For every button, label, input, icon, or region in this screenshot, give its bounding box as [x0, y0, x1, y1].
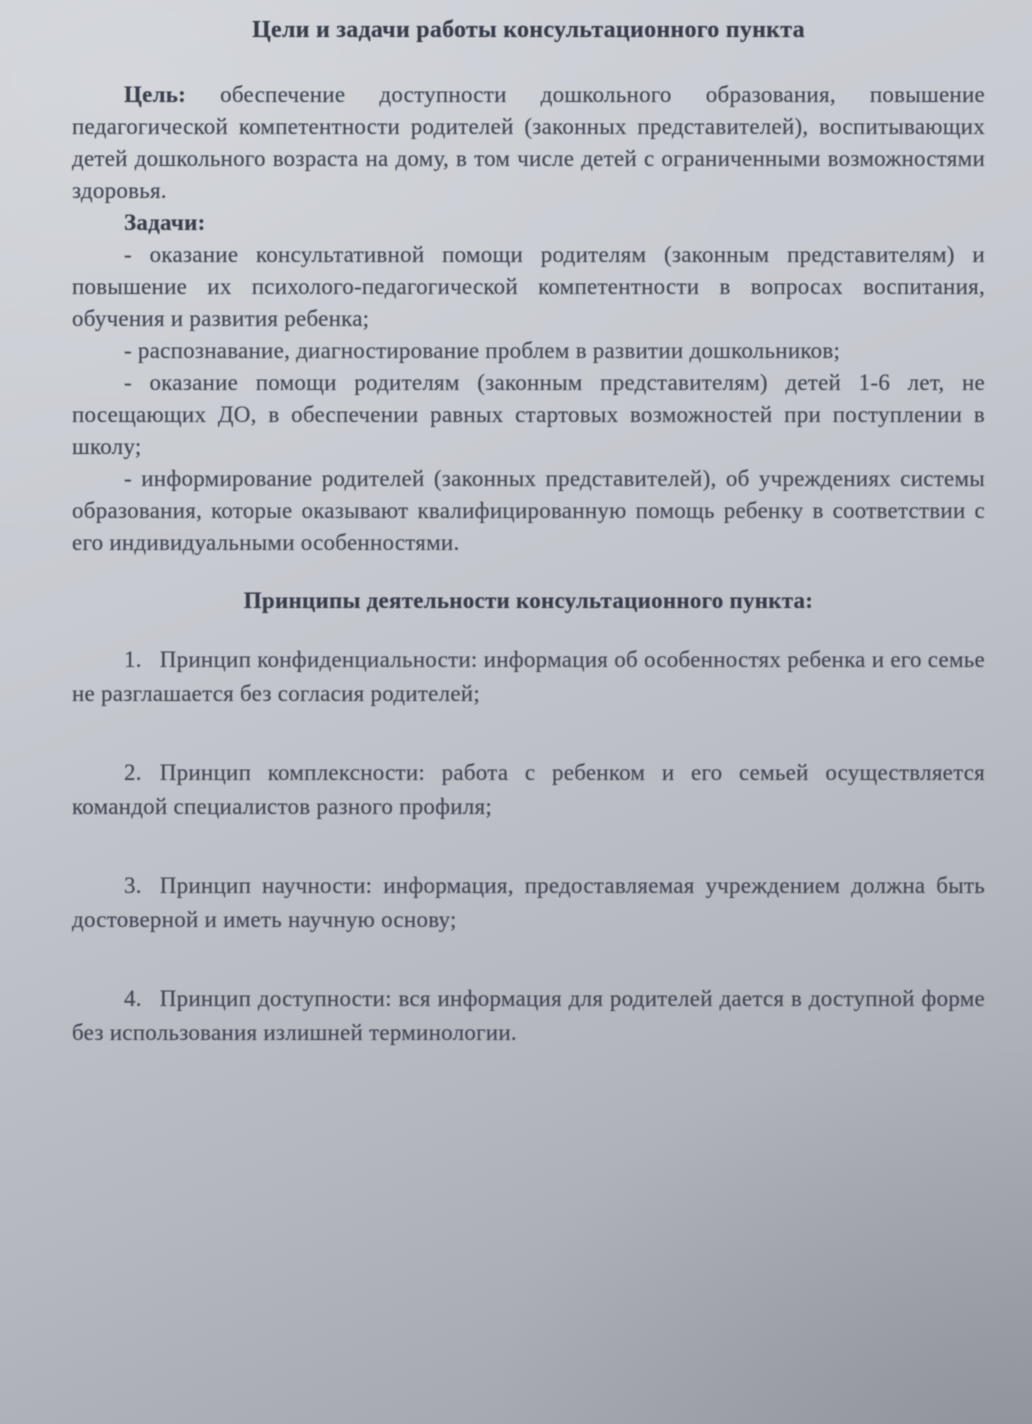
- goal-label: Цель:: [124, 82, 186, 107]
- principle-number: 4.: [124, 986, 142, 1011]
- principle-item: 3.Принцип научности: информация, предост…: [72, 869, 985, 937]
- tasks-heading-row: Задачи:: [72, 207, 985, 239]
- task-item: - оказание помощи родителям (законным пр…: [72, 367, 985, 463]
- document-page: Цели и задачи работы консультационного п…: [72, 14, 985, 1095]
- task-item: - информирование родителей (законных пре…: [72, 463, 985, 559]
- goal-paragraph: Цель: обеспечение доступности дошкольног…: [72, 79, 985, 207]
- principle-text: Принцип научности: информация, предостав…: [72, 873, 985, 932]
- tasks-heading: Задачи:: [124, 210, 206, 235]
- principles-heading: Принципы деятельности консультационного …: [72, 584, 985, 617]
- principle-text: Принцип конфиденциальности: информация о…: [72, 647, 985, 706]
- principle-item: 4.Принцип доступности: вся информация дл…: [72, 982, 985, 1050]
- principle-text: Принцип доступности: вся информация для …: [72, 986, 985, 1045]
- principle-text: Принцип комплексности: работа с ребенком…: [72, 760, 985, 819]
- task-item: - распознавание, диагностирование пробле…: [72, 335, 985, 367]
- principle-number: 1.: [124, 647, 142, 672]
- document-title: Цели и задачи работы консультационного п…: [72, 14, 985, 47]
- principle-item: 2.Принцип комплексности: работа с ребенк…: [72, 756, 985, 824]
- task-item: - оказание консультативной помощи родите…: [72, 239, 985, 335]
- principle-item: 1.Принцип конфиденциальности: информация…: [72, 643, 985, 711]
- principle-number: 3.: [124, 873, 142, 898]
- goal-text: обеспечение доступности дошкольного обра…: [72, 82, 985, 203]
- principle-number: 2.: [124, 760, 142, 785]
